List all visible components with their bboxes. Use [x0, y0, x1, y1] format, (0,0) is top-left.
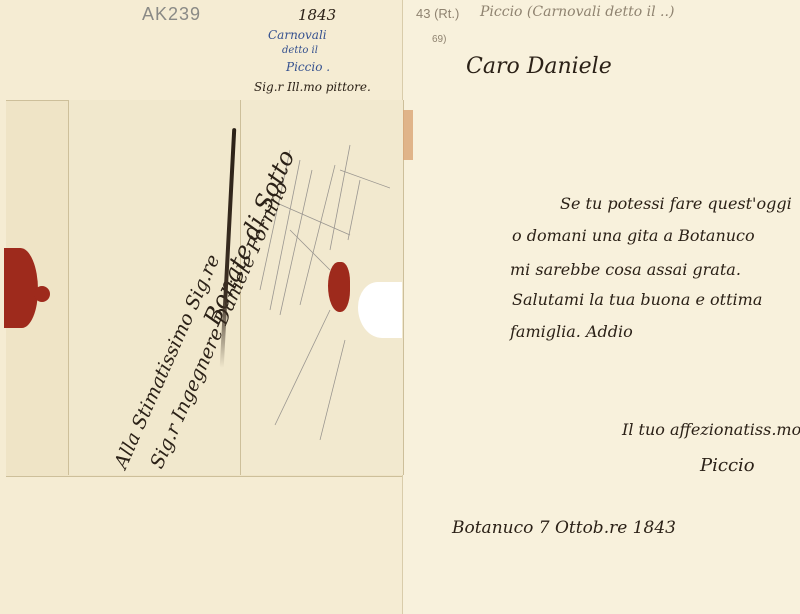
body-line-1: Se tu potessi fare quest'oggi	[560, 194, 792, 213]
wax-seal-fragment	[34, 286, 50, 302]
salutation: Caro Daniele	[466, 54, 612, 79]
blue-annotation-line-1: Carnovali	[268, 28, 327, 42]
body-line-3: mi sarebbe cosa assai grata.	[510, 260, 741, 279]
signature: Piccio	[700, 455, 755, 476]
blue-annotation-line-2: detto il	[282, 45, 318, 56]
body-line-2: o domani una gita a Botanuco	[512, 226, 755, 245]
body-line-5: famiglia. Addio	[510, 322, 633, 341]
letter-scan: AK239 1843 Carnovali detto il Piccio . S…	[0, 0, 800, 614]
body-line-4: Salutami la tua buona e ottima	[512, 290, 762, 309]
archive-number: 43 (Rt.)	[416, 6, 459, 21]
closing: Il tuo affezionatiss.mo	[622, 420, 800, 439]
paper-stain	[403, 110, 413, 160]
archive-subnumber: 69)	[432, 34, 446, 45]
dateline: Botanuco 7 Ottob.re 1843	[452, 518, 676, 538]
catalog-number: AK239	[142, 4, 201, 25]
wax-seal-middle	[328, 262, 350, 312]
archive-title: Piccio (Carnovali detto il ..)	[480, 4, 674, 20]
painter-note: Sig.r Ill.mo pittore.	[254, 80, 371, 94]
paper-tear	[358, 282, 402, 338]
year-annotation: 1843	[298, 6, 336, 24]
blue-annotation-line-3: Piccio .	[286, 60, 330, 74]
wax-seal-left	[4, 248, 38, 328]
